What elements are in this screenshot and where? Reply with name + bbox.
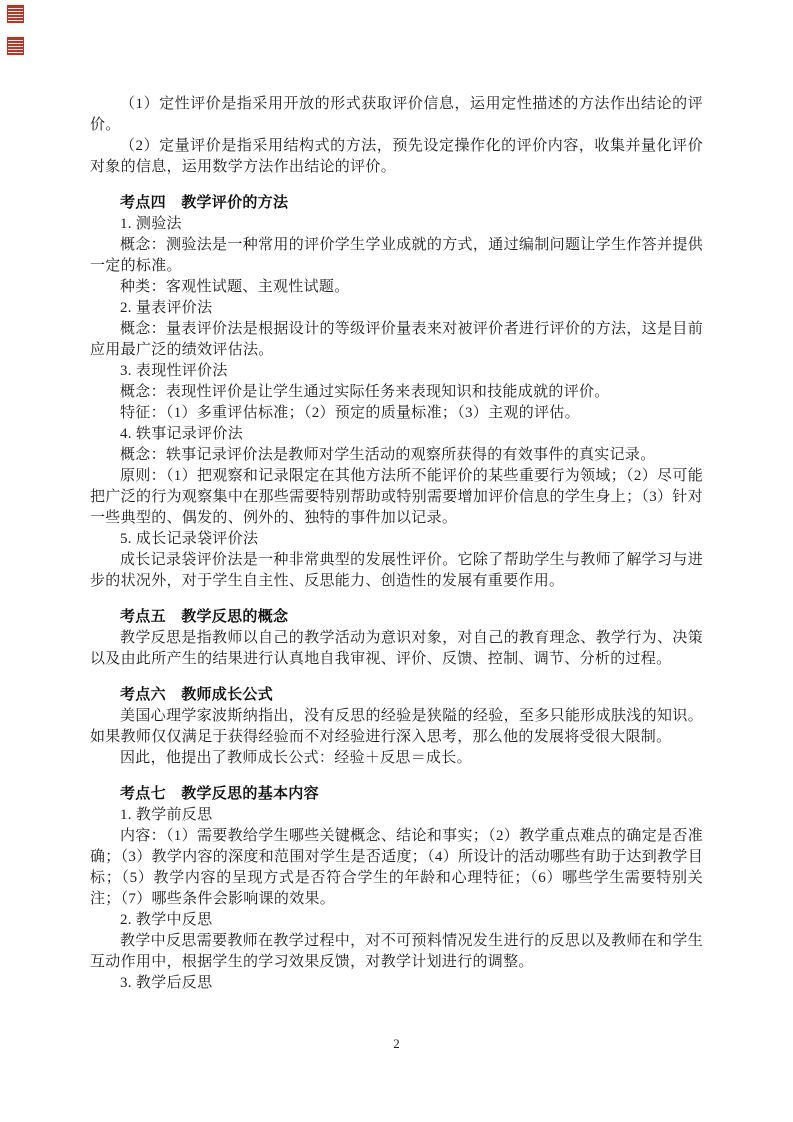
paragraph: 概念：量表评价法是根据设计的等级评价量表来对被评价者进行评价的方法，这是目前应用… <box>90 319 703 361</box>
paragraph: （2）定量评价是指采用结构式的方法，预先设定操作化的评价内容，收集并量化评价对象… <box>90 136 703 178</box>
red-seal-mark <box>8 38 23 54</box>
section-heading: 考点五 教学反思的概念 <box>90 607 703 628</box>
paragraph: 教学中反思需要教师在教学过程中，对不可预料情况发生进行的反思以及教师在和学生互动… <box>90 931 703 973</box>
paragraph: 3. 表现性评价法 <box>90 361 703 382</box>
section-heading: 考点四 教学评价的方法 <box>90 193 703 214</box>
paragraph: 成长记录袋评价法是一种非常典型的发展性评价。它除了帮助学生与教师了解学习与进步的… <box>90 550 703 592</box>
paragraph: （1）定性评价是指采用开放的形式获取评价信息，运用定性描述的方法作出结论的评价。 <box>90 94 703 136</box>
paragraph: 因此，他提出了教师成长公式：经验＋反思＝成长。 <box>90 748 703 769</box>
paragraph: 内容：（1）需要教给学生哪些关键概念、结论和事实；（2）教学重点难点的确定是否准… <box>90 826 703 910</box>
paragraph: 1. 教学前反思 <box>90 805 703 826</box>
paragraph: 特征：（1）多重评估标准；（2）预定的质量标准；（3）主观的评估。 <box>90 403 703 424</box>
document-content: （1）定性评价是指采用开放的形式获取评价信息，运用定性描述的方法作出结论的评价。… <box>90 94 703 994</box>
page-number: 2 <box>0 1036 793 1052</box>
paragraph: 2. 量表评价法 <box>90 298 703 319</box>
paragraph: 3. 教学后反思 <box>90 973 703 994</box>
paragraph: 2. 教学中反思 <box>90 910 703 931</box>
paragraph: 原则：（1）把观察和记录限定在其他方法所不能评价的某些重要行为领域；（2）尽可能… <box>90 466 703 529</box>
paragraph: 4. 轶事记录评价法 <box>90 424 703 445</box>
red-seal-mark <box>8 6 23 22</box>
paragraph: 5. 成长记录袋评价法 <box>90 529 703 550</box>
document-page: （1）定性评价是指采用开放的形式获取评价信息，运用定性描述的方法作出结论的评价。… <box>0 0 793 1122</box>
paragraph: 1. 测验法 <box>90 214 703 235</box>
section-heading: 考点六 教师成长公式 <box>90 685 703 706</box>
paragraph: 美国心理学家波斯纳指出，没有反思的经验是狭隘的经验，至多只能形成肤浅的知识。如果… <box>90 706 703 748</box>
paragraph: 概念：测验法是一种常用的评价学生学业成就的方式，通过编制问题让学生作答并提供一定… <box>90 235 703 277</box>
paragraph: 概念：表现性评价是让学生通过实际任务来表现知识和技能成就的评价。 <box>90 382 703 403</box>
section-heading: 考点七 教学反思的基本内容 <box>90 784 703 805</box>
paragraph: 种类：客观性试题、主观性试题。 <box>90 277 703 298</box>
paragraph: 概念：轶事记录评价法是教师对学生活动的观察所获得的有效事件的真实记录。 <box>90 445 703 466</box>
paragraph: 教学反思是指教师以自己的教学活动为意识对象，对自己的教育理念、教学行为、决策以及… <box>90 628 703 670</box>
